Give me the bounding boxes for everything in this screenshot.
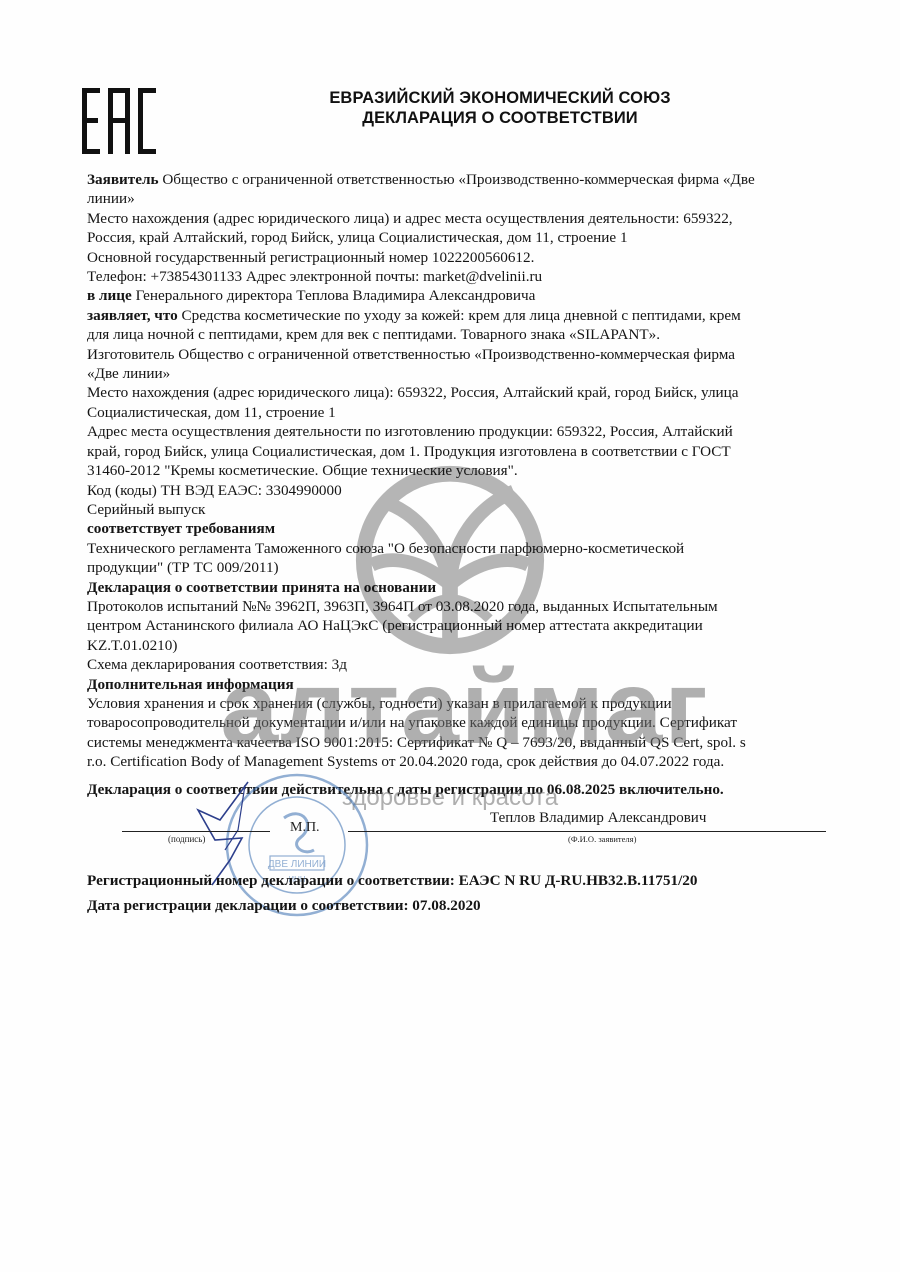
basis-protocols-1: Протоколов испытаний №№ 3962П, 3963П, 39… (87, 597, 807, 616)
production-address-1: Адрес места осуществления деятельности п… (87, 422, 807, 441)
product-description-1: Средства косметические по уходу за кожей… (178, 307, 741, 324)
eac-mark-icon (80, 86, 160, 156)
watermark-brand: алтаймаг (205, 658, 725, 758)
manufacturer-name-2: «Две линии» (87, 364, 807, 383)
applicant-name-cont: линии» (87, 189, 807, 208)
spacer (87, 772, 807, 780)
basis-heading: Декларация о соответствии принята на осн… (87, 578, 807, 597)
registration-date: Дата регистрации декларации о соответств… (87, 897, 481, 915)
eac-logo (80, 86, 160, 156)
declares-line: заявляет, что Средства косметические по … (87, 306, 807, 325)
applicant-line: Заявитель Общество с ограниченной ответс… (87, 170, 807, 189)
manufacturer-name-1: Изготовитель Общество с ограниченной отв… (87, 345, 807, 364)
product-description-2: для лица ночной с пептидами, крем для ве… (87, 325, 807, 344)
compliance-regulation-2: продукции" (ТР ТС 009/2011) (87, 558, 807, 577)
basis-protocols-2: центром Астанинского филиала АО НаЦЭкС (… (87, 616, 807, 635)
release-type: Серийный выпуск (87, 500, 807, 519)
production-address-3: 31460-2012 "Кремы косметические. Общие т… (87, 461, 807, 480)
tn-ved-code: Код (коды) ТН ВЭД ЕАЭС: 3304990000 (87, 481, 807, 500)
svg-text:ДВЕ ЛИНИИ: ДВЕ ЛИНИИ (268, 859, 326, 870)
document-header: ЕВРАЗИЙСКИЙ ЭКОНОМИЧЕСКИЙ СОЮЗ ДЕКЛАРАЦИ… (290, 88, 710, 128)
applicant-address-1: Место нахождения (адрес юридического лиц… (87, 209, 807, 228)
manufacturer-legal-address-1: Место нахождения (адрес юридического лиц… (87, 383, 807, 402)
applicant-ogrn: Основной государственный регистрационный… (87, 248, 807, 267)
applicant-full-name: Теплов Владимир Александрович (490, 810, 706, 827)
represented-name: Генерального директора Теплова Владимира… (132, 287, 536, 304)
document-title: ДЕКЛАРАЦИЯ О СООТВЕТСТВИИ (290, 108, 710, 128)
applicant-name: Общество с ограниченной ответственностью… (159, 171, 755, 188)
declaration-document: ЕВРАЗИЙСКИЙ ЭКОНОМИЧЕСКИЙ СОЮЗ ДЕКЛАРАЦИ… (0, 0, 900, 1272)
compliance-regulation-1: Технического регламента Таможенного союз… (87, 539, 807, 558)
applicant-contacts: Телефон: +73854301133 Адрес электронной … (87, 267, 807, 286)
basis-heading-text: Декларация о соответствии принята на осн… (87, 579, 436, 596)
name-line (348, 831, 826, 832)
declares-label: заявляет, что (87, 307, 178, 324)
manufacturer-legal-address-2: Социалистическая, дом 11, строение 1 (87, 403, 807, 422)
signature-line (122, 831, 270, 832)
compliance-heading: соответствует требованиям (87, 519, 807, 538)
union-title: ЕВРАЗИЙСКИЙ ЭКОНОМИЧЕСКИЙ СОЮЗ (290, 88, 710, 108)
watermark-tagline: здоровье и красота (300, 784, 600, 812)
name-caption: (Ф.И.О. заявителя) (568, 834, 636, 844)
represented-label: в лице (87, 287, 132, 304)
compliance-heading-text: соответствует требованиям (87, 520, 275, 537)
applicant-address-2: Россия, край Алтайский, город Бийск, ули… (87, 228, 807, 247)
represented-by-line: в лице Генерального директора Теплова Вл… (87, 286, 807, 305)
seal-label: М.П. (290, 820, 320, 836)
registration-number: Регистрационный номер декларации о соотв… (87, 872, 698, 890)
applicant-label: Заявитель (87, 171, 159, 188)
signature-caption: (подпись) (168, 834, 205, 844)
production-address-2: край, город Бийск, улица Социалистическа… (87, 442, 807, 461)
